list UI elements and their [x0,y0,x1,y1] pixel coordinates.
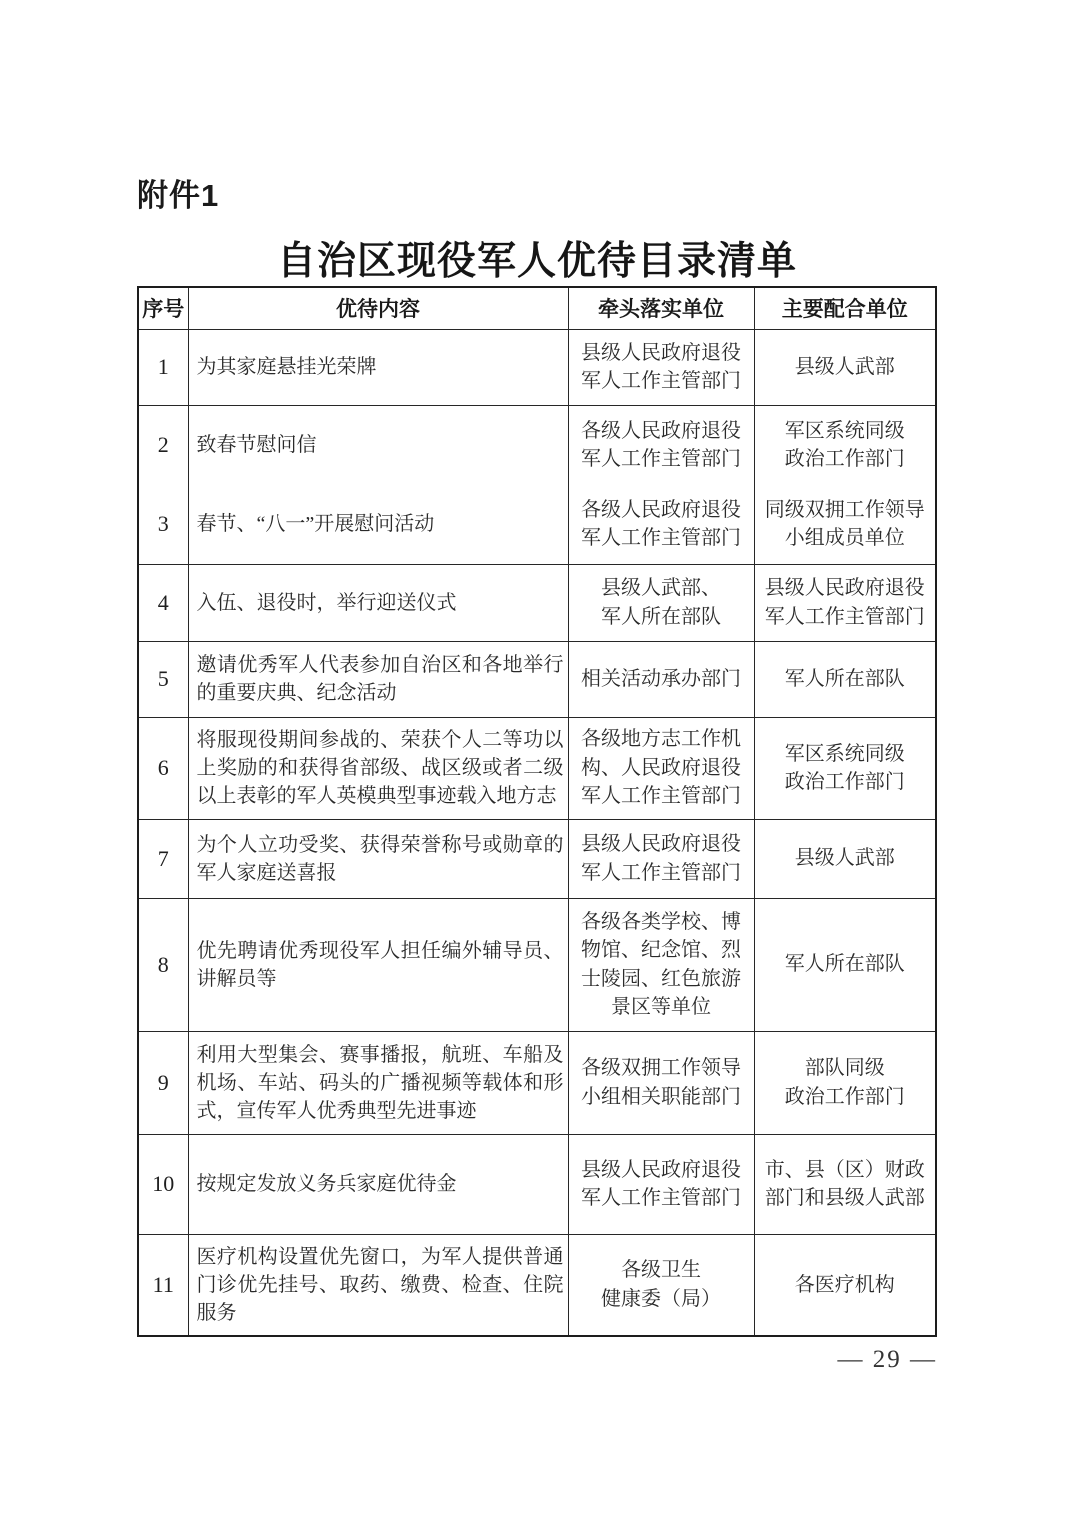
table-row: 6 将服现役期间参战的、荣获个人二等功以上奖励的和获得省部级、战区级或者二级以上… [138,717,936,819]
table-row: 10 按规定发放义务兵家庭优待金 县级人民政府退役 军人工作主管部门 市、县（区… [138,1134,936,1234]
attachment-label: 附件1 [137,170,219,215]
support-unit-cell: 军人所在部队 [754,898,936,1031]
row-number-cell: 11 [138,1234,188,1336]
lead-unit-cell: 各级双拥工作领导 小组相关职能部门 [568,1031,754,1134]
table-row: 8 优先聘请优秀现役军人担任编外辅导员、讲解员等 各级各类学校、博 物馆、纪念馆… [138,898,936,1031]
column-header-number: 序号 [138,287,188,329]
table-row: 9 利用大型集会、赛事播报，航班、车船及机场、车站、码头的广播视频等载体和形式，… [138,1031,936,1134]
table-row: 7 为个人立功受奖、获得荣誉称号或勋章的军人家庭送喜报 县级人民政府退役 军人工… [138,819,936,898]
support-unit-cell: 县级人武部 [754,819,936,898]
support-unit-cell: 部队同级 政治工作部门 [754,1031,936,1134]
row-number-cell: 3 [138,485,188,564]
lead-unit-cell: 各级人民政府退役 军人工作主管部门 [568,405,754,485]
support-unit-cell: 市、县（区）财政 部门和县级人武部 [754,1134,936,1234]
row-number-cell: 9 [138,1031,188,1134]
support-unit-cell: 军区系统同级 政治工作部门 [754,717,936,819]
column-header-content: 优待内容 [188,287,568,329]
column-header-lead: 牵头落实单位 [568,287,754,329]
lead-unit-cell: 县级人武部、 军人所在部队 [568,564,754,641]
content-cell: 医疗机构设置优先窗口，为军人提供普通门诊优先挂号、取药、缴费、检查、住院服务 [188,1234,568,1336]
lead-unit-cell: 各级各类学校、博 物馆、纪念馆、烈 士陵园、红色旅游 景区等单位 [568,898,754,1031]
content-cell: 致春节慰问信 [188,405,568,485]
support-unit-cell: 军人所在部队 [754,641,936,717]
lead-unit-cell: 县级人民政府退役 军人工作主管部门 [568,819,754,898]
content-cell: 按规定发放义务兵家庭优待金 [188,1134,568,1234]
row-number-cell: 7 [138,819,188,898]
support-unit-cell: 各医疗机构 [754,1234,936,1336]
lead-unit-cell: 各级卫生 健康委（局） [568,1234,754,1336]
benefits-table: 序号 优待内容 牵头落实单位 主要配合单位 1 为其家庭悬挂光荣牌 县级人民政府… [137,286,937,1337]
lead-unit-cell: 各级人民政府退役 军人工作主管部门 [568,485,754,564]
table-row: 2 致春节慰问信 各级人民政府退役 军人工作主管部门 军区系统同级 政治工作部门 [138,405,936,485]
table-header-row: 序号 优待内容 牵头落实单位 主要配合单位 [138,287,936,329]
lead-unit-cell: 县级人民政府退役 军人工作主管部门 [568,329,754,405]
content-cell: 利用大型集会、赛事播报，航班、车船及机场、车站、码头的广播视频等载体和形式，宣传… [188,1031,568,1134]
content-cell: 春节、“八一”开展慰问活动 [188,485,568,564]
table-row: 3 春节、“八一”开展慰问活动 各级人民政府退役 军人工作主管部门 同级双拥工作… [138,485,936,564]
row-number-cell: 5 [138,641,188,717]
content-cell: 入伍、退役时，举行迎送仪式 [188,564,568,641]
row-number-cell: 1 [138,329,188,405]
row-number-cell: 10 [138,1134,188,1234]
content-cell: 将服现役期间参战的、荣获个人二等功以上奖励的和获得省部级、战区级或者二级以上表彰… [188,717,568,819]
content-cell: 优先聘请优秀现役军人担任编外辅导员、讲解员等 [188,898,568,1031]
table-row: 4 入伍、退役时，举行迎送仪式 县级人武部、 军人所在部队 县级人民政府退役 军… [138,564,936,641]
document-title: 自治区现役军人优待目录清单 [0,230,1074,286]
document-page: 附件1 自治区现役军人优待目录清单 序号 优待内容 牵头落实单位 主要配合单位 … [0,0,1074,1514]
lead-unit-cell: 相关活动承办部门 [568,641,754,717]
row-number-cell: 8 [138,898,188,1031]
support-unit-cell: 县级人民政府退役 军人工作主管部门 [754,564,936,641]
content-cell: 为其家庭悬挂光荣牌 [188,329,568,405]
support-unit-cell: 军区系统同级 政治工作部门 [754,405,936,485]
row-number-cell: 2 [138,405,188,485]
row-number-cell: 4 [138,564,188,641]
support-unit-cell: 县级人武部 [754,329,936,405]
column-header-support: 主要配合单位 [754,287,936,329]
content-cell: 邀请优秀军人代表参加自治区和各地举行的重要庆典、纪念活动 [188,641,568,717]
page-number: — 29 — [838,1346,938,1374]
table-row: 11 医疗机构设置优先窗口，为军人提供普通门诊优先挂号、取药、缴费、检查、住院服… [138,1234,936,1336]
support-unit-cell: 同级双拥工作领导 小组成员单位 [754,485,936,564]
lead-unit-cell: 县级人民政府退役 军人工作主管部门 [568,1134,754,1234]
lead-unit-cell: 各级地方志工作机 构、人民政府退役 军人工作主管部门 [568,717,754,819]
table-row: 1 为其家庭悬挂光荣牌 县级人民政府退役 军人工作主管部门 县级人武部 [138,329,936,405]
row-number-cell: 6 [138,717,188,819]
table-row: 5 邀请优秀军人代表参加自治区和各地举行的重要庆典、纪念活动 相关活动承办部门 … [138,641,936,717]
content-cell: 为个人立功受奖、获得荣誉称号或勋章的军人家庭送喜报 [188,819,568,898]
